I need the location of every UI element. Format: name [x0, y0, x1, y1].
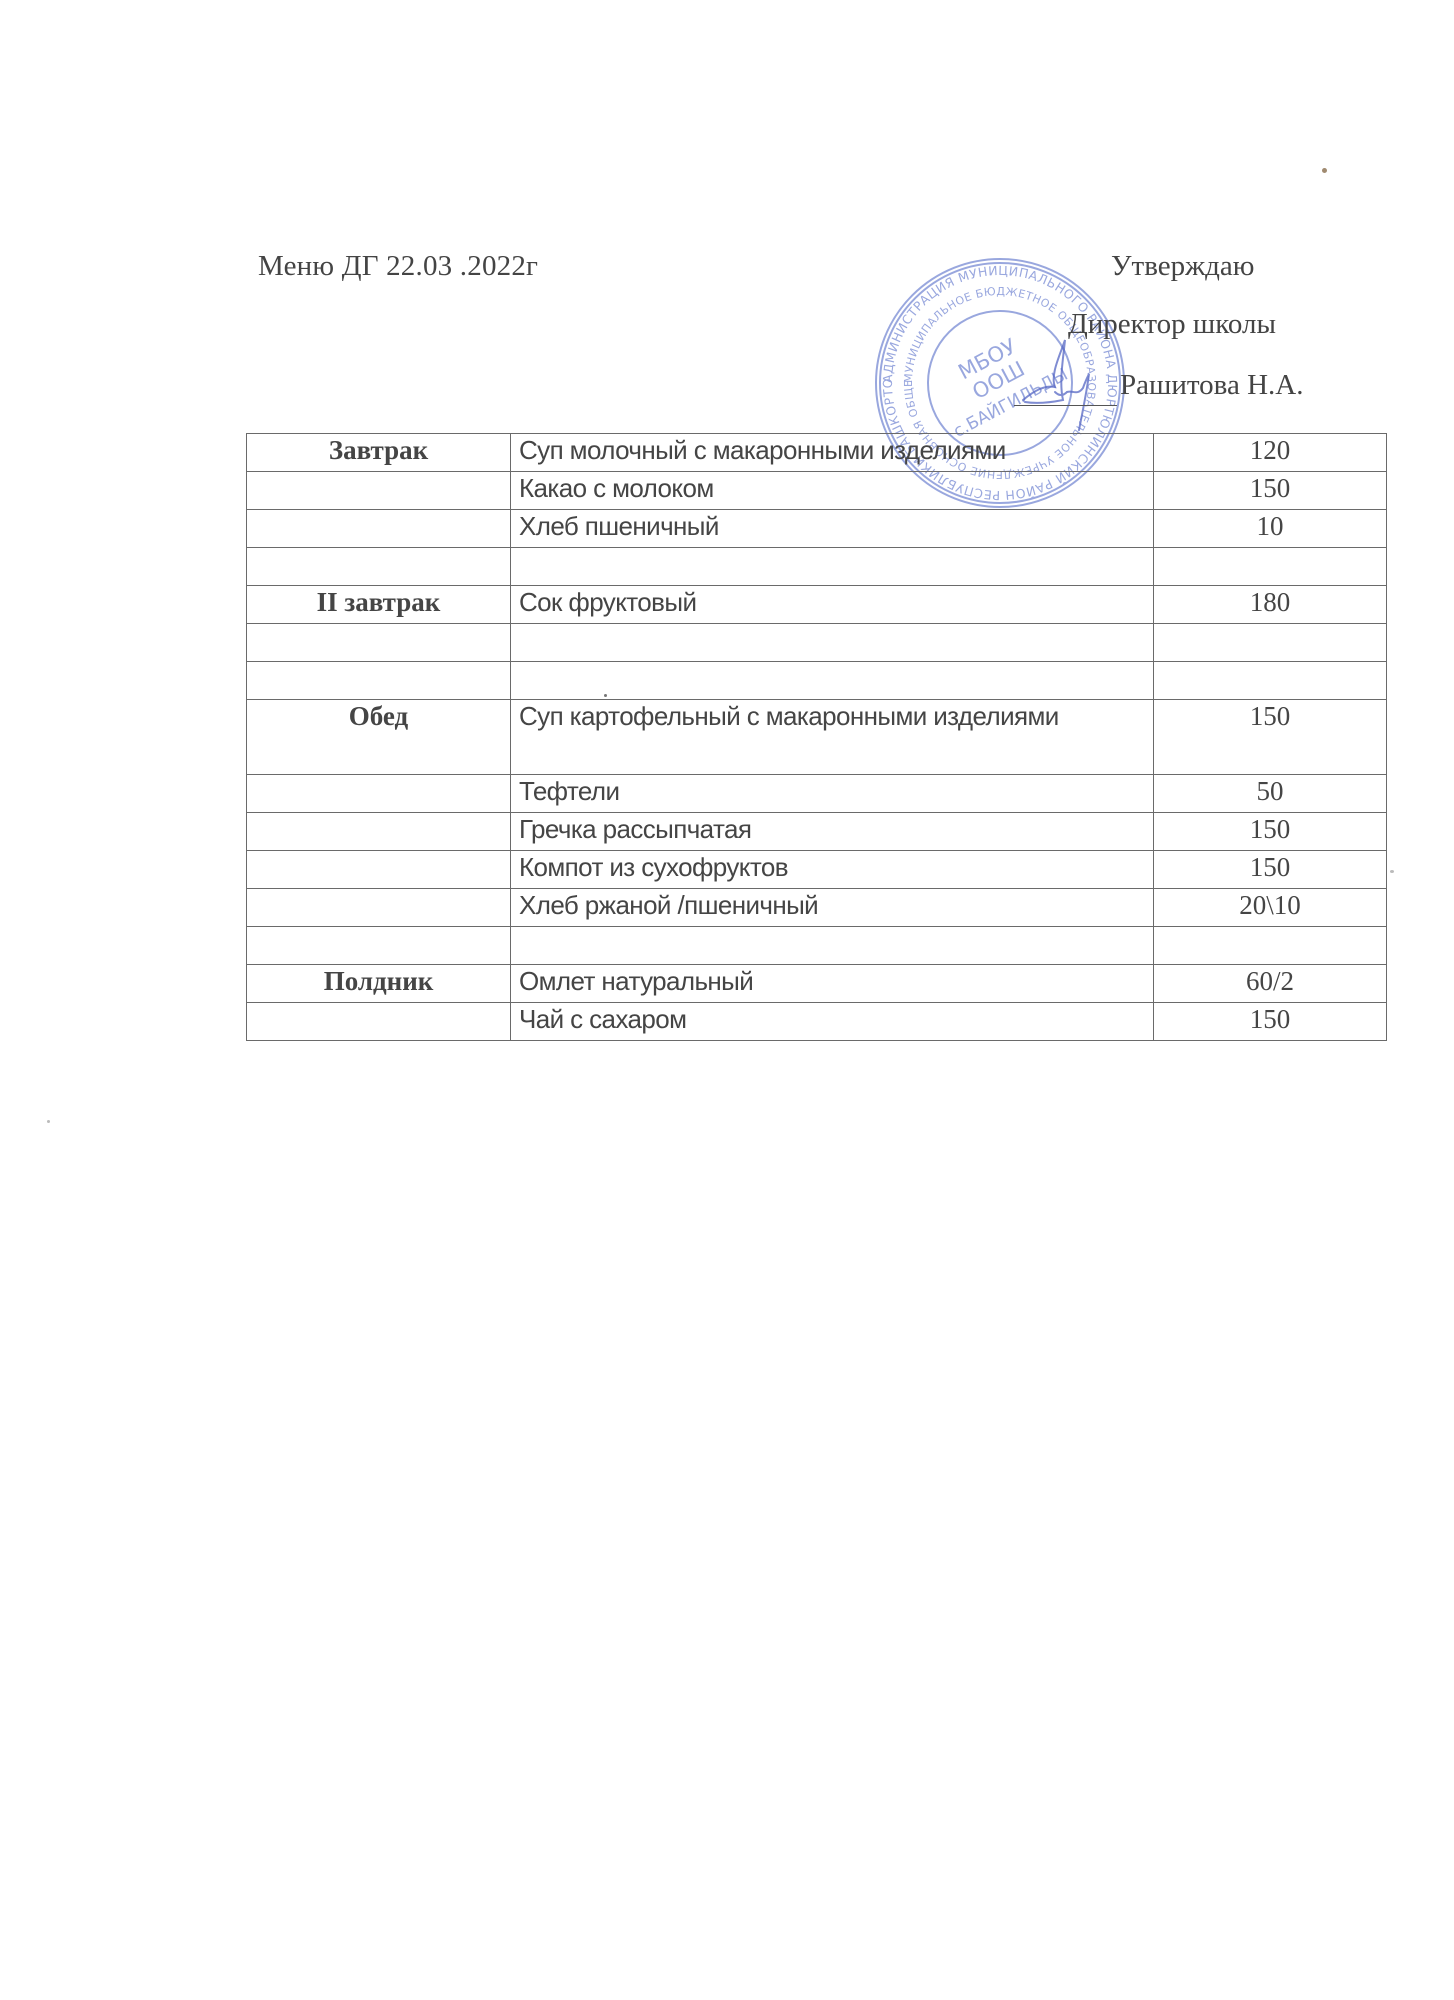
meal-cell: [247, 548, 511, 586]
portion-cell: [1154, 662, 1387, 700]
dish-cell: [511, 662, 1154, 700]
portion-cell: 10: [1154, 510, 1387, 548]
meal-cell: [247, 775, 511, 813]
portion-cell: 20\10: [1154, 889, 1387, 927]
meal-cell: [247, 472, 511, 510]
approval-heading: Утверждаю: [1111, 250, 1254, 283]
portion-cell: 150: [1154, 851, 1387, 889]
dish-cell: Хлеб пшеничный: [511, 510, 1154, 548]
meal-cell: [247, 851, 511, 889]
portion-cell: 180: [1154, 586, 1387, 624]
dish-cell: Чай с сахаром: [511, 1003, 1154, 1041]
scan-speck: [47, 1120, 50, 1123]
meal-cell: [247, 662, 511, 700]
dish-cell: Хлеб ржаной /пшеничный: [511, 889, 1154, 927]
menu-row: Чай с сахаром150: [247, 1003, 1387, 1041]
meal-cell: [247, 1003, 511, 1041]
dish-cell: Суп картофельный с макаронными изделиями: [511, 700, 1154, 775]
signature-icon: [1015, 330, 1125, 440]
approval-name: Рашитова Н.А.: [1120, 369, 1303, 402]
signature-line: [1014, 405, 1117, 406]
page-title: Меню ДГ 22.03 .2022г: [258, 250, 538, 283]
menu-row: Какао с молоком150: [247, 472, 1387, 510]
dish-cell: [511, 927, 1154, 965]
stamp-center-2: ООШ: [968, 357, 1028, 404]
dish-cell: Какао с молоком: [511, 472, 1154, 510]
menu-row: [247, 548, 1387, 586]
menu-row: Компот из сухофруктов150: [247, 851, 1387, 889]
meal-cell: Полдник: [247, 965, 511, 1003]
menu-row: Хлеб ржаной /пшеничный20\10: [247, 889, 1387, 927]
meal-cell: [247, 889, 511, 927]
menu-row: II завтракСок фруктовый180: [247, 586, 1387, 624]
stamp-center-1: МБОУ: [954, 334, 1020, 384]
scan-speck: [1322, 168, 1327, 173]
dish-cell: Гречка рассыпчатая: [511, 813, 1154, 851]
menu-row: [247, 624, 1387, 662]
portion-cell: 50: [1154, 775, 1387, 813]
dish-cell: [511, 624, 1154, 662]
menu-row: [247, 927, 1387, 965]
menu-row: Гречка рассыпчатая150: [247, 813, 1387, 851]
meal-cell: Обед: [247, 700, 511, 775]
dish-cell: Тефтели: [511, 775, 1154, 813]
meal-cell: [247, 510, 511, 548]
portion-cell: 120: [1154, 434, 1387, 472]
scan-speck: [604, 694, 607, 697]
dish-cell: Омлет натуральный: [511, 965, 1154, 1003]
menu-table: ЗавтракСуп молочный с макаронными издели…: [246, 433, 1387, 1041]
menu-row: [247, 662, 1387, 700]
meal-cell: [247, 813, 511, 851]
dish-cell: Сок фруктовый: [511, 586, 1154, 624]
portion-cell: 150: [1154, 1003, 1387, 1041]
menu-row: Хлеб пшеничный10: [247, 510, 1387, 548]
portion-cell: [1154, 927, 1387, 965]
portion-cell: 60/2: [1154, 965, 1387, 1003]
dish-cell: Суп молочный с макаронными изделиями: [511, 434, 1154, 472]
meal-cell: Завтрак: [247, 434, 511, 472]
portion-cell: [1154, 548, 1387, 586]
meal-cell: [247, 927, 511, 965]
menu-row: ПолдникОмлет натуральный60/2: [247, 965, 1387, 1003]
meal-cell: II завтрак: [247, 586, 511, 624]
menu-row: ЗавтракСуп молочный с макаронными издели…: [247, 434, 1387, 472]
menu-row: ОбедСуп картофельный с макаронными издел…: [247, 700, 1387, 775]
portion-cell: [1154, 624, 1387, 662]
dish-cell: Компот из сухофруктов: [511, 851, 1154, 889]
portion-cell: 150: [1154, 472, 1387, 510]
portion-cell: 150: [1154, 813, 1387, 851]
scan-speck: [1390, 870, 1394, 873]
approval-position: Директор школы: [1068, 308, 1276, 341]
stamp-center-3: с.БАЙГИЛЬДЫ: [949, 363, 1071, 442]
portion-cell: 150: [1154, 700, 1387, 775]
dish-cell: [511, 548, 1154, 586]
menu-row: Тефтели50: [247, 775, 1387, 813]
meal-cell: [247, 624, 511, 662]
